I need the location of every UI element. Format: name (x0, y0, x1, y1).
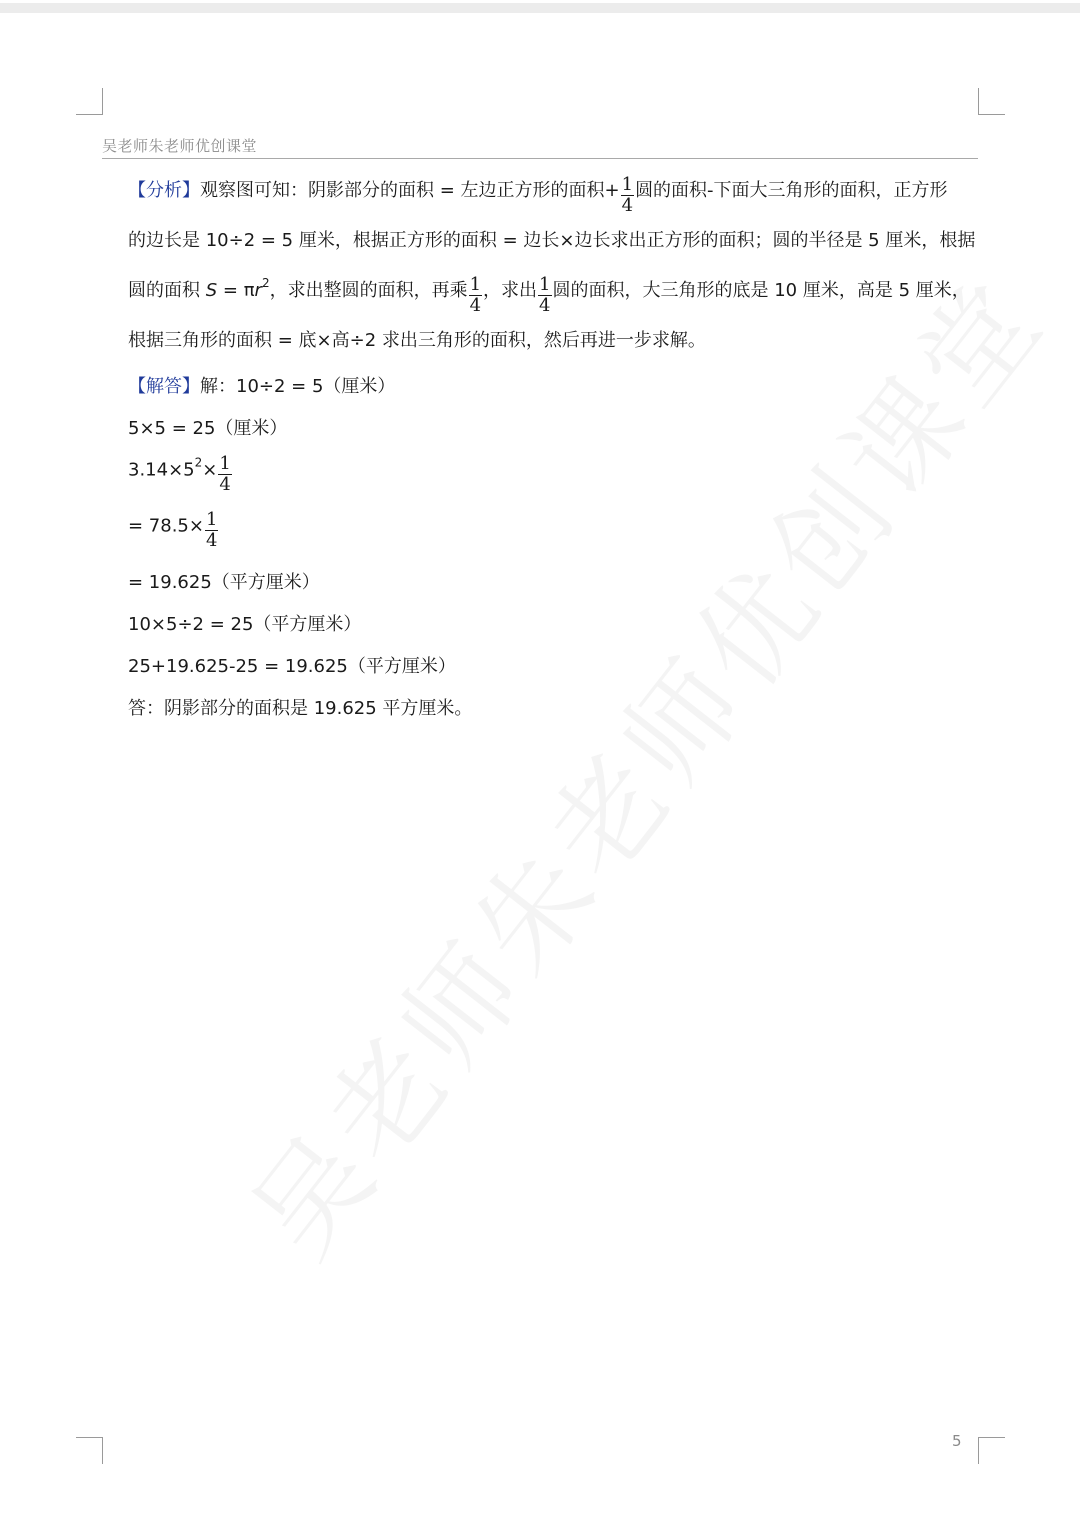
solution-line: 25+19.625-25 = 19.625（平方厘米） (128, 646, 980, 688)
fraction-one-quarter: 14 (538, 275, 551, 316)
analysis-text: 圆的面积，大三角形的底是 10 厘米，高是 5 厘米， (553, 280, 970, 301)
formula-text: = π (217, 280, 254, 301)
solution-tag: 【解答】 (128, 376, 200, 397)
analysis-text: 圆的面积 (128, 280, 206, 301)
fraction-one-quarter: 14 (469, 275, 482, 316)
header-title: 吴老师朱老师优创课堂 (102, 137, 257, 155)
answer-line: 答：阴影部分的面积是 19.625 平方厘米。 (128, 688, 980, 730)
document-body: 【分析】观察图可知：阴影部分的面积 = 左边正方形的面积+14圆的面积-下面大三… (128, 166, 980, 730)
analysis-text: ，求出整圆的面积，再乘 (270, 280, 468, 301)
formula-exponent: 2 (262, 276, 270, 290)
top-scroll-strip (0, 3, 1080, 13)
crop-mark-bottom-left (76, 1437, 103, 1464)
analysis-text: 的边长是 10÷2 = 5 厘米，根据正方形的面积 = 边长×边长求出正方形的面… (128, 230, 975, 251)
solution-line: 3.14×52×14 (128, 450, 980, 506)
solution-section: 【解答】解：10÷2 = 5（厘米） 5×5 = 25（厘米） 3.14×52×… (128, 366, 980, 730)
solution-line: = 78.5×14 (128, 506, 980, 562)
page-header: 吴老师朱老师优创课堂 (102, 136, 978, 159)
fraction-one-quarter: 14 (205, 510, 218, 551)
crop-mark-top-left (76, 88, 103, 115)
analysis-paragraph: 【分析】观察图可知：阴影部分的面积 = 左边正方形的面积+14圆的面积-下面大三… (128, 166, 980, 366)
formula-variable: r (255, 280, 262, 301)
crop-mark-top-right (978, 88, 1005, 115)
crop-mark-bottom-right (978, 1437, 1005, 1464)
page-number: 5 (952, 1432, 962, 1450)
analysis-tag: 【分析】 (128, 180, 200, 201)
analysis-text: 观察图可知：阴影部分的面积 = 左边正方形的面积+ (200, 180, 620, 201)
formula-variable: S (206, 280, 217, 301)
analysis-text: ，求出 (483, 280, 537, 301)
fraction-one-quarter: 14 (621, 175, 634, 216)
solution-line: = 19.625（平方厘米） (128, 562, 980, 604)
analysis-text: 圆的面积-下面大三角形的面积，正方形 (635, 180, 948, 201)
solution-line: 【解答】解：10÷2 = 5（厘米） (128, 366, 980, 408)
fraction-one-quarter: 14 (218, 454, 231, 495)
solution-line: 10×5÷2 = 25（平方厘米） (128, 604, 980, 646)
analysis-text: 根据三角形的面积 = 底×高÷2 求出三角形的面积，然后再进一步求解。 (128, 330, 706, 351)
solution-line: 5×5 = 25（厘米） (128, 408, 980, 450)
